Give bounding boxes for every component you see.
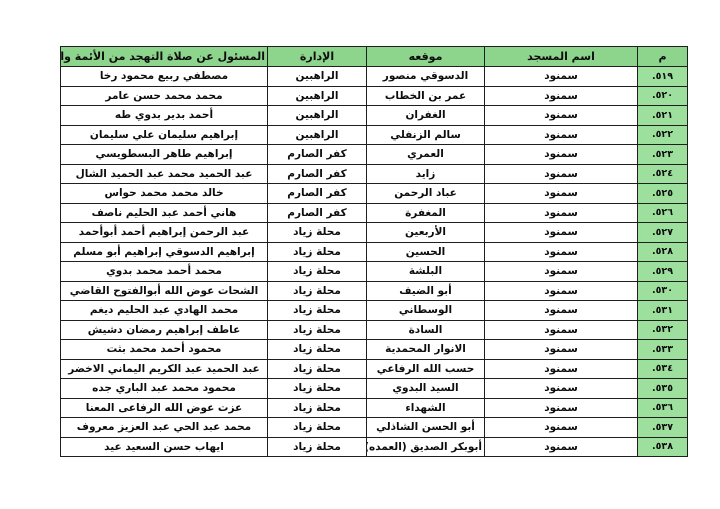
- document-page: م اسم المسجد موقعه الإدارة المسئول عن صل…: [0, 0, 720, 509]
- cell-location: حسب الله الرفاعي: [367, 359, 485, 379]
- cell-administration: محلة زياد: [268, 262, 367, 282]
- cell-location: أبو الضيف: [367, 281, 485, 301]
- cell-number: ٥٣٦.: [638, 398, 688, 418]
- cell-number: ٥٢٨.: [638, 242, 688, 262]
- cell-number: ٥٣٠.: [638, 281, 688, 301]
- cell-responsible: إبراهيم الدسوقي إبراهيم أبو مسلم: [61, 242, 268, 262]
- cell-mosque-name: سمنود: [485, 359, 638, 379]
- table-row: ٥١٩. سمنود الدسوقي منصور الراهبين مصطفي …: [61, 67, 688, 87]
- table-row: ٥٣٦. سمنود الشهداء محلة زياد عزت عوض الل…: [61, 398, 688, 418]
- tahajjud-imams-table: م اسم المسجد موقعه الإدارة المسئول عن صل…: [60, 46, 688, 457]
- table-row: ٥٢١. سمنود الغفران الراهبين أحمد بدير بد…: [61, 106, 688, 126]
- cell-mosque-name: سمنود: [485, 340, 638, 360]
- cell-location: السادة: [367, 320, 485, 340]
- cell-administration: محلة زياد: [268, 320, 367, 340]
- table-row: ٥٢٠. سمنود عمر بن الخطاب الراهبين محمد م…: [61, 86, 688, 106]
- header-location: موقعه: [367, 47, 485, 67]
- cell-administration: الراهبين: [268, 67, 367, 87]
- cell-location: أبو الحسن الشاذلي: [367, 418, 485, 438]
- cell-mosque-name: سمنود: [485, 184, 638, 204]
- cell-mosque-name: سمنود: [485, 379, 638, 399]
- cell-administration: محلة زياد: [268, 359, 367, 379]
- cell-administration: كفر الصارم: [268, 145, 367, 165]
- cell-location: سالم الزنفلي: [367, 125, 485, 145]
- header-number: م: [638, 47, 688, 67]
- cell-administration: محلة زياد: [268, 379, 367, 399]
- cell-responsible: محمد الهادي عبد الحليم ديغم: [61, 301, 268, 321]
- cell-administration: محلة زياد: [268, 398, 367, 418]
- cell-responsible: ايهاب حسن السعيد عيد: [61, 437, 268, 457]
- cell-responsible: إبراهيم سليمان علي سليمان: [61, 125, 268, 145]
- cell-responsible: خالد محمد محمد حواس: [61, 184, 268, 204]
- cell-location: الانوار المحمدية: [367, 340, 485, 360]
- cell-mosque-name: سمنود: [485, 203, 638, 223]
- cell-mosque-name: سمنود: [485, 223, 638, 243]
- cell-mosque-name: سمنود: [485, 398, 638, 418]
- cell-location: الأربعين: [367, 223, 485, 243]
- cell-mosque-name: سمنود: [485, 437, 638, 457]
- cell-responsible: محمود محمد عبد الباري جده: [61, 379, 268, 399]
- cell-responsible: عبد الرحمن إبراهيم أحمد أبوأحمد: [61, 223, 268, 243]
- header-mosque-name: اسم المسجد: [485, 47, 638, 67]
- cell-responsible: إبراهيم طاهر البسطويسي: [61, 145, 268, 165]
- cell-mosque-name: سمنود: [485, 86, 638, 106]
- cell-number: ٥٢٩.: [638, 262, 688, 282]
- cell-administration: محلة زياد: [268, 340, 367, 360]
- table-row: ٥٣١. سمنود الوسطاني محلة زياد محمد الهاد…: [61, 301, 688, 321]
- cell-location: عباد الرحمن: [367, 184, 485, 204]
- cell-number: ٥٢٢.: [638, 125, 688, 145]
- cell-administration: محلة زياد: [268, 418, 367, 438]
- cell-responsible: عزت عوض الله الرفاعى المعنا: [61, 398, 268, 418]
- cell-mosque-name: سمنود: [485, 301, 638, 321]
- cell-administration: محلة زياد: [268, 281, 367, 301]
- table-row: ٥٢٣. سمنود العمري كفر الصارم إبراهيم طاه…: [61, 145, 688, 165]
- cell-responsible: أحمد بدير بدوي طه: [61, 106, 268, 126]
- cell-location: العمري: [367, 145, 485, 165]
- cell-number: ٥٣٢.: [638, 320, 688, 340]
- cell-location: عمر بن الخطاب: [367, 86, 485, 106]
- cell-number: ٥٣٤.: [638, 359, 688, 379]
- cell-responsible: محمد عبد الحي عبد العزيز معروف: [61, 418, 268, 438]
- cell-number: ٥٢١.: [638, 106, 688, 126]
- cell-mosque-name: سمنود: [485, 67, 638, 87]
- cell-location: البلشة: [367, 262, 485, 282]
- cell-number: ٥١٩.: [638, 67, 688, 87]
- cell-administration: الراهبين: [268, 106, 367, 126]
- cell-number: ٥٣٥.: [638, 379, 688, 399]
- table-row: ٥٢٨. سمنود الحسين محلة زياد إبراهيم الدس…: [61, 242, 688, 262]
- cell-responsible: الشحات عوض الله أبوالفتوح القاضي: [61, 281, 268, 301]
- cell-administration: محلة زياد: [268, 242, 367, 262]
- cell-number: ٥٢٦.: [638, 203, 688, 223]
- cell-responsible: عبد الحميد عبد الكريم اليماني الاخضر: [61, 359, 268, 379]
- cell-mosque-name: سمنود: [485, 418, 638, 438]
- cell-location: المغفرة: [367, 203, 485, 223]
- cell-number: ٥٣٨.: [638, 437, 688, 457]
- cell-number: ٥٢٤.: [638, 164, 688, 184]
- cell-mosque-name: سمنود: [485, 320, 638, 340]
- cell-number: ٥٢٠.: [638, 86, 688, 106]
- cell-administration: محلة زياد: [268, 437, 367, 457]
- header-responsible: المسئول عن صلاة التهجد من الأئمة والخطبا…: [61, 47, 268, 67]
- cell-location: أبوبكر الصديق (العمده): [367, 437, 485, 457]
- table-row: ٥٢٤. سمنود زايد كفر الصارم عبد الحميد مح…: [61, 164, 688, 184]
- cell-responsible: مصطفي ربيع محمود رخا: [61, 67, 268, 87]
- table-row: ٥٢٦. سمنود المغفرة كفر الصارم هاني أحمد …: [61, 203, 688, 223]
- table-row: ٥٢٥. سمنود عباد الرحمن كفر الصارم خالد م…: [61, 184, 688, 204]
- cell-mosque-name: سمنود: [485, 164, 638, 184]
- cell-number: ٥٣٣.: [638, 340, 688, 360]
- cell-responsible: عبد الحميد محمد عبد الحميد الشال: [61, 164, 268, 184]
- cell-administration: كفر الصارم: [268, 164, 367, 184]
- cell-mosque-name: سمنود: [485, 106, 638, 126]
- cell-number: ٥٢٣.: [638, 145, 688, 165]
- table-row: ٥٣٤. سمنود حسب الله الرفاعي محلة زياد عب…: [61, 359, 688, 379]
- table-row: ٥٢٢. سمنود سالم الزنفلي الراهبين إبراهيم…: [61, 125, 688, 145]
- cell-administration: الراهبين: [268, 125, 367, 145]
- table-header-row: م اسم المسجد موقعه الإدارة المسئول عن صل…: [61, 47, 688, 67]
- cell-administration: كفر الصارم: [268, 184, 367, 204]
- cell-mosque-name: سمنود: [485, 281, 638, 301]
- cell-administration: محلة زياد: [268, 301, 367, 321]
- cell-responsible: هاني أحمد عبد الحليم ناصف: [61, 203, 268, 223]
- cell-number: ٥٢٥.: [638, 184, 688, 204]
- cell-mosque-name: سمنود: [485, 145, 638, 165]
- cell-location: الشهداء: [367, 398, 485, 418]
- cell-location: الحسين: [367, 242, 485, 262]
- cell-responsible: عاطف إبراهيم رمضان دشيش: [61, 320, 268, 340]
- cell-mosque-name: سمنود: [485, 125, 638, 145]
- cell-mosque-name: سمنود: [485, 262, 638, 282]
- table-row: ٥٣٥. سمنود السيد البدوي محلة زياد محمود …: [61, 379, 688, 399]
- cell-location: الدسوقي منصور: [367, 67, 485, 87]
- cell-location: زايد: [367, 164, 485, 184]
- cell-number: ٥٣١.: [638, 301, 688, 321]
- cell-location: الوسطاني: [367, 301, 485, 321]
- header-administration: الإدارة: [268, 47, 367, 67]
- cell-responsible: محمد محمد حسن عامر: [61, 86, 268, 106]
- table-row: ٥٣٣. سمنود الانوار المحمدية محلة زياد مح…: [61, 340, 688, 360]
- table-row: ٥٢٩. سمنود البلشة محلة زياد محمد أحمد مح…: [61, 262, 688, 282]
- cell-location: السيد البدوي: [367, 379, 485, 399]
- table-row: ٥٣٠. سمنود أبو الضيف محلة زياد الشحات عو…: [61, 281, 688, 301]
- cell-number: ٥٢٧.: [638, 223, 688, 243]
- table-row: ٥٢٧. سمنود الأربعين محلة زياد عبد الرحمن…: [61, 223, 688, 243]
- cell-administration: محلة زياد: [268, 223, 367, 243]
- table-row: ٥٣٨. سمنود أبوبكر الصديق (العمده) محلة ز…: [61, 437, 688, 457]
- cell-mosque-name: سمنود: [485, 242, 638, 262]
- cell-responsible: محمود أحمد محمد بثت: [61, 340, 268, 360]
- cell-responsible: محمد أحمد محمد بدوي: [61, 262, 268, 282]
- table-row: ٥٣٢. سمنود السادة محلة زياد عاطف إبراهيم…: [61, 320, 688, 340]
- table-row: ٥٣٧. سمنود أبو الحسن الشاذلي محلة زياد م…: [61, 418, 688, 438]
- cell-location: الغفران: [367, 106, 485, 126]
- cell-administration: كفر الصارم: [268, 203, 367, 223]
- cell-number: ٥٣٧.: [638, 418, 688, 438]
- cell-administration: الراهبين: [268, 86, 367, 106]
